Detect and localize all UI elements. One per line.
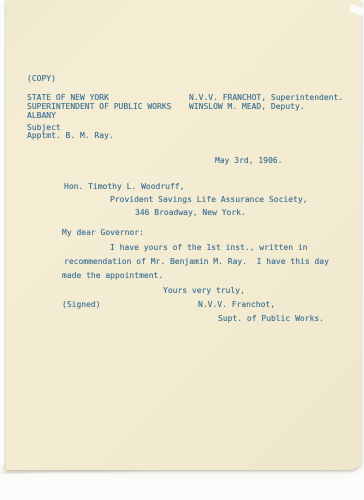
copy-label: (COPY) (27, 74, 56, 83)
body-line-2: recommendation of Mr. Benjamin M. Ray. I… (64, 257, 329, 266)
letterhead-deputy: WINSLOW M. MEAD, Deputy. (189, 102, 305, 111)
body-line-3: made the appointment. (62, 271, 163, 280)
paper-corner-notch (349, 4, 364, 16)
subject-value: Apptmt. B. M. Ray. (27, 131, 114, 140)
letter-date: May 3rd, 1906. (215, 156, 282, 165)
letterhead-org-name: STATE OF NEW YORK (27, 93, 109, 102)
signature-name: N.V.V. Franchot, (198, 300, 275, 309)
letter-scan: (COPY) STATE OF NEW YORK SUPERINTENDENT … (0, 0, 364, 500)
recipient-name: Hon. Timothy L. Woodruff, (64, 182, 184, 191)
signature-title: Supt. of Public Works. (218, 314, 324, 323)
signed-label: (Signed) (62, 300, 101, 309)
letterhead-superintendent: N.V.V. FRANCHOT, Superintendent. (189, 93, 343, 102)
letterhead-org-dept: SUPERINTENDENT OF PUBLIC WORKS (27, 102, 172, 111)
salutation: My dear Governor: (62, 228, 144, 237)
recipient-company: Provident Savings Life Assurance Society… (110, 195, 307, 204)
recipient-address: 346 Broadway, New York. (135, 208, 246, 217)
letter-paper (6, 0, 361, 470)
closing: Yours very truly, (163, 286, 245, 295)
body-line-1: I have yours of the 1st inst., written i… (110, 243, 307, 252)
letterhead-org-city: ALBANY (27, 111, 56, 120)
